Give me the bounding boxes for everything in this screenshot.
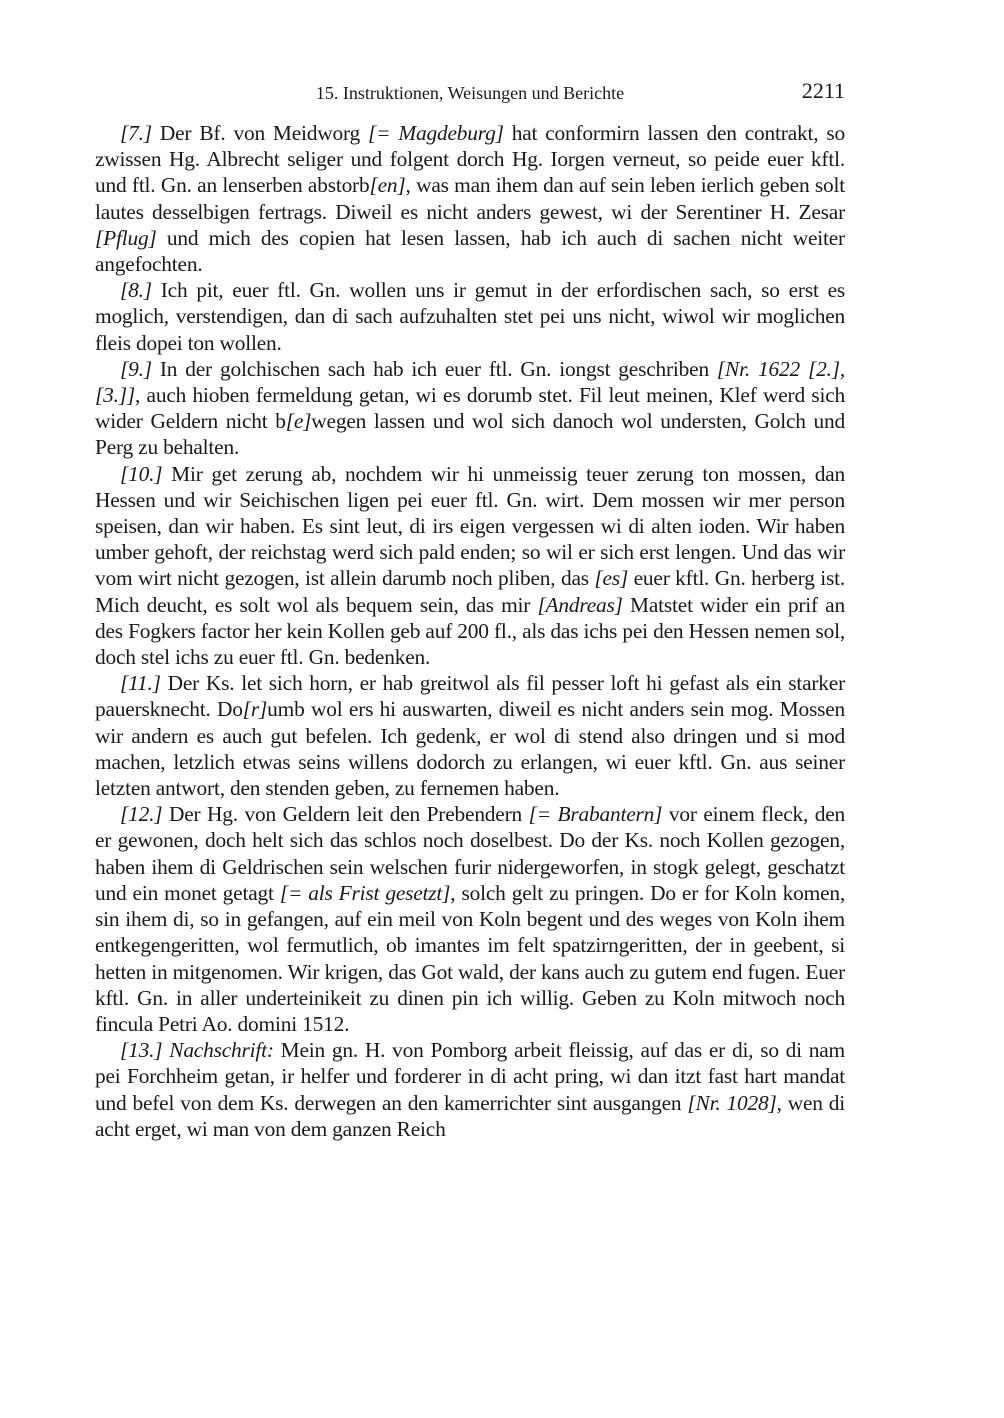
paragraph-number: [11.] — [120, 671, 161, 695]
paragraph: [13.] Nachschrift: Mein gn. H. von Pombo… — [95, 1037, 845, 1142]
paragraph: [7.] Der Bf. von Meidworg [= Magdeburg] … — [95, 120, 845, 277]
document-body: [7.] Der Bf. von Meidworg [= Magdeburg] … — [95, 120, 845, 1142]
text-segment: Ich pit, euer ftl. Gn. wollen uns ir gem… — [95, 278, 845, 354]
editorial-annotation: [Andreas] — [537, 593, 622, 617]
page-header: 15. Instruktionen, Weisungen und Bericht… — [95, 78, 845, 106]
paragraph: [8.] Ich pit, euer ftl. Gn. wollen uns i… — [95, 277, 845, 356]
paragraph: [9.] In der golchischen sach hab ich eue… — [95, 356, 845, 461]
editorial-annotation: [e] — [286, 409, 312, 433]
paragraph-number: [7.] — [120, 121, 152, 145]
page-number: 2211 — [802, 78, 845, 104]
running-title: 15. Instruktionen, Weisungen und Bericht… — [95, 83, 845, 104]
paragraph-number: [8.] — [120, 278, 152, 302]
paragraph-number: [12.] — [120, 802, 162, 826]
editorial-annotation: [= als Frist gesetzt] — [280, 881, 450, 905]
editorial-annotation: [r] — [243, 697, 267, 721]
text-segment: Der Bf. von Meidworg — [152, 121, 368, 145]
text-segment: Der Hg. von Geldern leit den Prebendern — [162, 802, 528, 826]
editorial-annotation: [= Brabantern] — [529, 802, 663, 826]
paragraph-number: [9.] — [120, 357, 152, 381]
editorial-annotation: [Nr. 1028] — [687, 1091, 776, 1115]
text-segment: und mich des copien hat lesen lassen, ha… — [95, 226, 845, 276]
paragraph-number: [10.] — [120, 462, 162, 486]
paragraph: [12.] Der Hg. von Geldern leit den Prebe… — [95, 801, 845, 1037]
editorial-annotation: [= Magdeburg] — [368, 121, 504, 145]
paragraph: [10.] Mir get zerung ab, nochdem wir hi … — [95, 461, 845, 671]
editorial-annotation: [es] — [594, 566, 628, 590]
text-segment: In der golchischen sach hab ich euer ftl… — [152, 357, 717, 381]
paragraph: [11.] Der Ks. let sich horn, er hab grei… — [95, 670, 845, 801]
editorial-annotation: [en] — [369, 173, 405, 197]
paragraph-number: [13.] Nachschrift: — [120, 1038, 274, 1062]
editorial-annotation: [Pflug] — [95, 226, 157, 250]
